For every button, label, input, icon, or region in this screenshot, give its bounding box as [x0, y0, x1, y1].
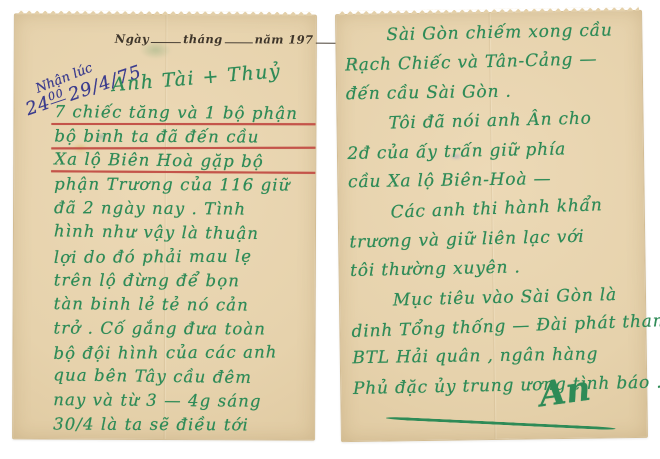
printed-month-label: tháng	[183, 32, 223, 46]
handwritten-line: bộ binh ta đã đến cầu	[54, 127, 309, 152]
signature-flourish	[386, 416, 616, 430]
handwritten-line: bộ đội hình của các anh	[53, 342, 308, 368]
handwriting-right: Sài Gòn chiếm xong cầuRạch Chiếc và Tân-…	[344, 19, 644, 408]
handwritten-line: trên lộ đừng để bọn	[54, 271, 309, 296]
handwritten-line: trở . Cố gắng đưa toàn	[53, 319, 308, 344]
printed-year-label: năm 197	[255, 32, 314, 46]
printed-day-label: Ngày	[115, 32, 149, 46]
handwritten-line: qua bên Tây cầu đêm	[53, 365, 308, 392]
letter-page-left: Ngàythángnăm 197 Nhận lúc 240029/4/75 An…	[12, 13, 317, 440]
handwritten-line: phận Trương của 116 giữ	[54, 175, 309, 200]
signature-an: An	[537, 369, 593, 416]
letter-page-right: Sài Gòn chiếm xong cầuRạch Chiếc và Tân-…	[335, 10, 648, 442]
handwritten-line: hình như vậy là thuận	[54, 221, 309, 248]
handwritten-line: đã 2 ngày nay . Tình	[54, 198, 309, 224]
handwriting-left: 7 chiếc tăng và 1 bộ phậnbộ binh ta đã đ…	[53, 103, 309, 440]
letter-photo: Ngàythángnăm 197 Nhận lúc 240029/4/75 An…	[0, 0, 660, 459]
date-blank	[151, 42, 181, 43]
date-blank	[315, 43, 335, 44]
handwritten-line: nay và từ 3 — 4g sáng	[53, 390, 308, 416]
handwritten-line: Xa lộ Biên Hoà gặp bộ	[54, 149, 309, 176]
handwritten-line: 7 chiếc tăng và 1 bộ phận	[54, 102, 309, 128]
printed-date-header: Ngàythángnăm 197	[115, 32, 338, 47]
date-blank	[225, 42, 253, 43]
handwritten-line: lợi do đó phải mau lẹ	[54, 246, 309, 272]
handwritten-line: 30/4 là ta sẽ điều tới	[53, 415, 308, 440]
signature-block: An	[430, 379, 631, 440]
handwritten-line: tàn binh lẻ tẻ nó cản	[54, 294, 309, 320]
